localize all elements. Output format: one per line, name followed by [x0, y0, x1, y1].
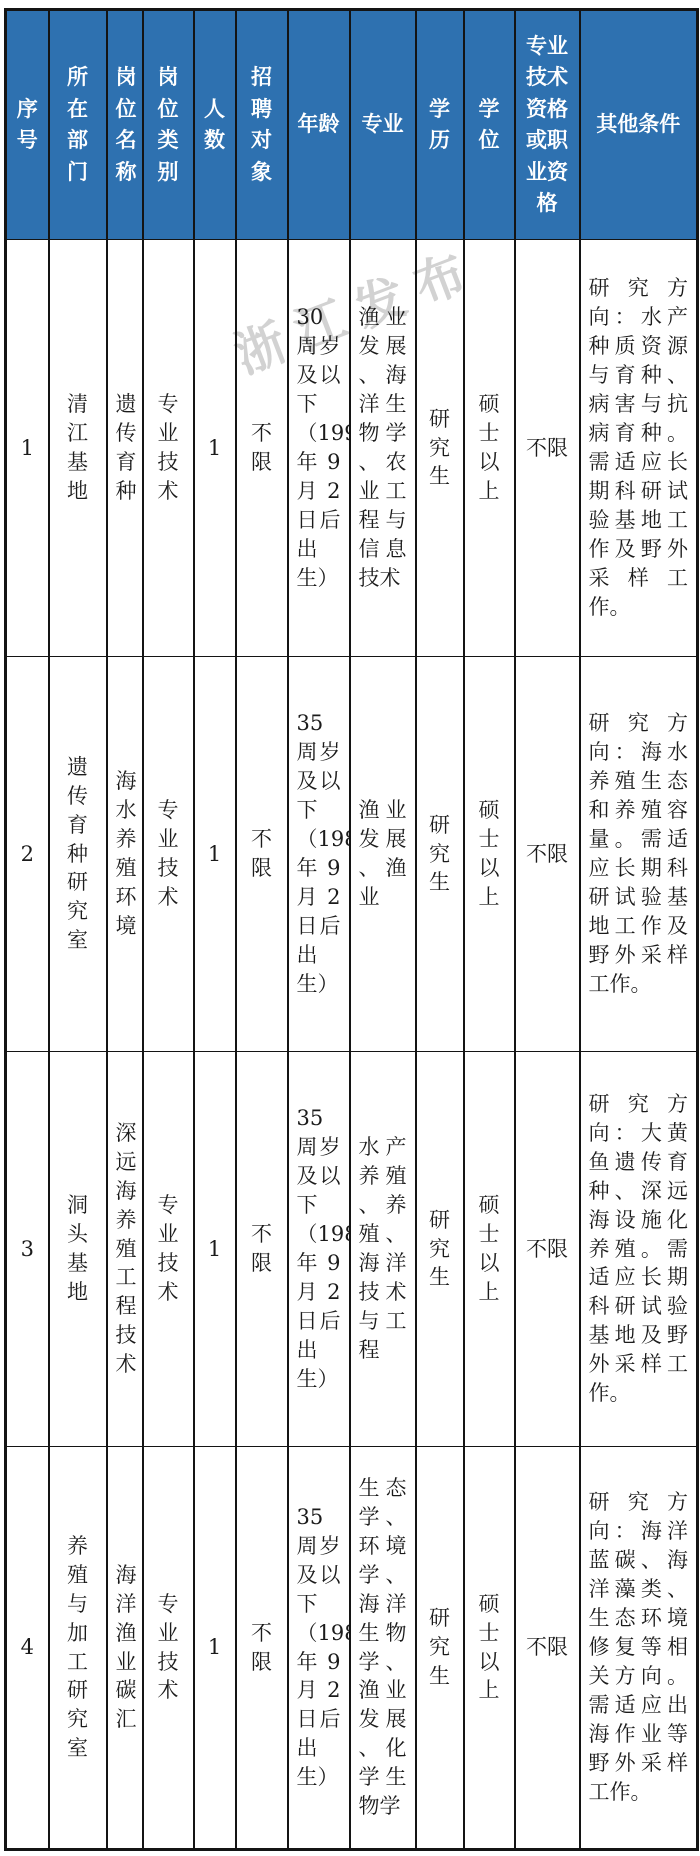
- cell-education: 研究生: [416, 1052, 464, 1447]
- cell-headcount: 1: [194, 1447, 236, 1850]
- header-row: 序号 所在部门 岗位名称 岗位类别 人数 招聘对象 年龄 专业 学历 学位 专业…: [6, 10, 698, 240]
- cell-major: 生态学、环境学、海洋生物学、渔业发展、化学生物学: [350, 1447, 416, 1850]
- cell-other-conditions: 研究方向：海水养殖生态和养殖容量。需适应长期科研试验基地工作及野外采样工作。: [580, 657, 698, 1052]
- cell-age: 35周岁及以下（1988年9月2日后出生）: [288, 1052, 350, 1447]
- table-row: 1 清江基地 遗传育种 专业技术 1 不限 30周岁及以下（1993年9月2日后…: [6, 240, 698, 657]
- table-row: 4 养殖与加工研究室 海洋渔业碳汇 专业技术 1 不限 35周岁及以下（1988…: [6, 1447, 698, 1850]
- cell-professional-qualification: 不限: [515, 657, 580, 1052]
- cell-serial: 2: [6, 657, 49, 1052]
- header-headcount: 人数: [194, 10, 236, 240]
- cell-recruitment-target: 不限: [236, 1052, 288, 1447]
- cell-position-category: 专业技术: [143, 1447, 194, 1850]
- cell-age: 35周岁及以下（1988年9月2日后出生）: [288, 657, 350, 1052]
- cell-position-name: 遗传育种: [107, 240, 143, 657]
- header-position-category: 岗位类别: [143, 10, 194, 240]
- cell-position-category: 专业技术: [143, 1052, 194, 1447]
- cell-recruitment-target: 不限: [236, 657, 288, 1052]
- cell-serial: 1: [6, 240, 49, 657]
- cell-department: 遗传育种研究室: [49, 657, 107, 1052]
- cell-degree: 硕士以上: [464, 240, 515, 657]
- cell-headcount: 1: [194, 1052, 236, 1447]
- cell-department: 清江基地: [49, 240, 107, 657]
- cell-position-category: 专业技术: [143, 240, 194, 657]
- header-major: 专业: [350, 10, 416, 240]
- header-recruitment-target: 招聘对象: [236, 10, 288, 240]
- cell-serial: 3: [6, 1052, 49, 1447]
- table-row: 2 遗传育种研究室 海水养殖环境 专业技术 1 不限 35周岁及以下（1988年…: [6, 657, 698, 1052]
- cell-other-conditions: 研究方向：水产种质资源与育种、病害与抗病育种。需适应长期科研试验基地工作及野外采…: [580, 240, 698, 657]
- header-degree: 学位: [464, 10, 515, 240]
- cell-headcount: 1: [194, 240, 236, 657]
- recruitment-table: 序号 所在部门 岗位名称 岗位类别 人数 招聘对象 年龄 专业 学历 学位 专业…: [4, 8, 699, 1851]
- cell-education: 研究生: [416, 657, 464, 1052]
- cell-department: 养殖与加工研究室: [49, 1447, 107, 1850]
- cell-serial: 4: [6, 1447, 49, 1850]
- page: 浙江发布 序号 所在部门 岗位名称 岗位类别 人数 招聘对象 年龄 专业 学历 …: [0, 0, 700, 1856]
- header-age: 年龄: [288, 10, 350, 240]
- cell-recruitment-target: 不限: [236, 240, 288, 657]
- cell-department: 洞头基地: [49, 1052, 107, 1447]
- cell-position-name: 海洋渔业碳汇: [107, 1447, 143, 1850]
- header-education: 学历: [416, 10, 464, 240]
- cell-degree: 硕士以上: [464, 657, 515, 1052]
- cell-degree: 硕士以上: [464, 1052, 515, 1447]
- cell-professional-qualification: 不限: [515, 240, 580, 657]
- cell-professional-qualification: 不限: [515, 1447, 580, 1850]
- cell-age: 30周岁及以下（1993年9月2日后出生）: [288, 240, 350, 657]
- cell-major: 渔业发展、海洋生物学、农业工程与信息技术: [350, 240, 416, 657]
- header-serial: 序号: [6, 10, 49, 240]
- cell-other-conditions: 研究方向：海洋蓝碳、海洋藻类、生态环境修复等相关方向。需适应出海作业等野外采样工…: [580, 1447, 698, 1850]
- cell-major: 渔业发展、渔业: [350, 657, 416, 1052]
- cell-position-name: 深远海养殖工程技术: [107, 1052, 143, 1447]
- table-row: 3 洞头基地 深远海养殖工程技术 专业技术 1 不限 35周岁及以下（1988年…: [6, 1052, 698, 1447]
- header-department: 所在部门: [49, 10, 107, 240]
- cell-other-conditions: 研究方向：大黄鱼遗传育种、深远海设施化养殖。需适应长期科研试验基地及野外采样工作…: [580, 1052, 698, 1447]
- header-position-name: 岗位名称: [107, 10, 143, 240]
- cell-education: 研究生: [416, 240, 464, 657]
- cell-recruitment-target: 不限: [236, 1447, 288, 1850]
- cell-position-name: 海水养殖环境: [107, 657, 143, 1052]
- cell-professional-qualification: 不限: [515, 1052, 580, 1447]
- header-professional-qualification: 专业技术资格或职业资格: [515, 10, 580, 240]
- cell-position-category: 专业技术: [143, 657, 194, 1052]
- header-other-conditions: 其他条件: [580, 10, 698, 240]
- cell-degree: 硕士以上: [464, 1447, 515, 1850]
- cell-age: 35周岁及以下（1988年9月2日后出生）: [288, 1447, 350, 1850]
- cell-major: 水产养殖、养殖、海洋技术与工程: [350, 1052, 416, 1447]
- cell-education: 研究生: [416, 1447, 464, 1850]
- cell-headcount: 1: [194, 657, 236, 1052]
